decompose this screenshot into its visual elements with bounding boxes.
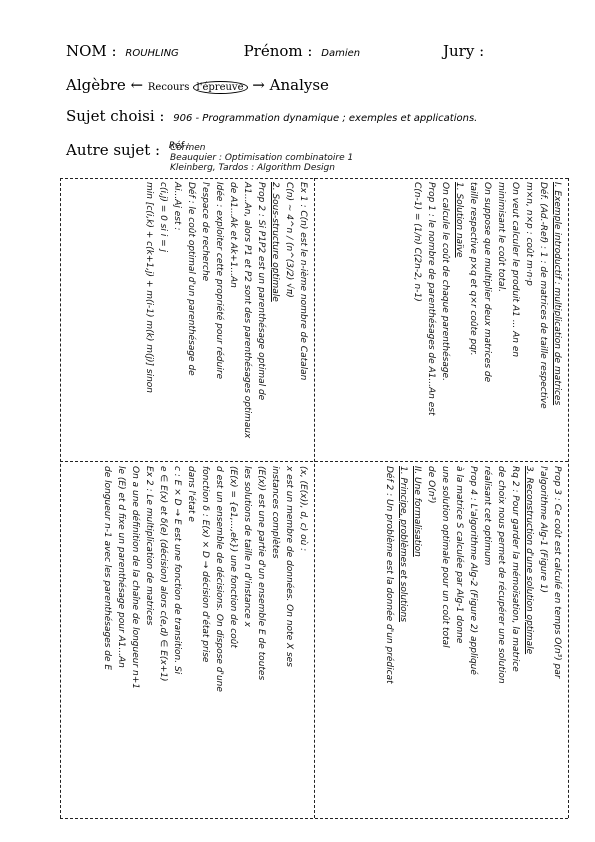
autre-label: Autre sujet : — [66, 141, 160, 159]
plan-line: l'algorithme Alg-1 (Figure 1) — [536, 466, 550, 811]
plan-line: taille respective p×q et q×r coûte pqr. — [466, 182, 480, 457]
plan-line: m×n, n×p : coût m·n·p — [522, 182, 536, 457]
plan-line: 3. Reconstruction d'une solution optimal… — [522, 466, 536, 811]
option-analyse: Analyse — [270, 76, 329, 94]
plan-line: C(n) ~ 4^n / (n^(3/2) √π) — [282, 182, 296, 457]
plan-line: Déf. (Ad.-Ref) : 1 : de matrices de tail… — [536, 182, 550, 457]
plan-line: réalisant cet optimum — [480, 466, 494, 811]
sujet-label: Sujet choisi : — [66, 107, 164, 125]
plan-line: I. Exemple introductif : multiplication … — [550, 182, 564, 457]
divider — [60, 178, 61, 818]
plan-block-top-right: I. Exemple introductif : multiplication … — [410, 182, 564, 457]
plan-line: d est un ensemble de décisions. On dispo… — [212, 466, 226, 811]
plan-block-bottom-left: (x, (E(x)), d, c) où : x est un membre d… — [100, 466, 310, 811]
plan-line: à la matrice S calculée par Alg-1 donne — [452, 466, 466, 811]
plan-line: A1...An, alors P1 et P2 sont des parenth… — [240, 182, 254, 457]
plan-line: l'espace de recherche — [198, 182, 212, 457]
handwritten-plan: I. Exemple introductif : multiplication … — [60, 178, 568, 818]
plan-line: C(n-1) = (1/n) C(2n-2, n-1) — [410, 182, 424, 457]
plan-line: (E(x)) est une partie d'un ensemble E de… — [254, 466, 268, 811]
plan-line: 2. Sous-structure optimale — [268, 182, 282, 457]
reference-line: Kleinberg, Tardos : Algorithm Design — [170, 163, 353, 173]
plan-line: x est un membre de données. On note X se… — [282, 466, 296, 811]
plan-line: de O(n³) — [424, 466, 438, 811]
plan-block-bottom-right: Prop 3 : Ce coût est calculé en temps O(… — [382, 466, 564, 811]
plan-line: e ∈ E(x) et δ(e) (décision) alors c(e,d)… — [156, 466, 170, 811]
plan-line: On a une définition de la chaîne de long… — [128, 466, 142, 811]
plan-line: On calcule le coût de chaque parenthésag… — [438, 182, 452, 457]
plan-line: 1. Solution naïve — [452, 182, 466, 457]
plan-line: Ex 2 : Le multiplication de matrices — [142, 466, 156, 811]
prenom-label: Prénom : — [244, 42, 313, 60]
name-row: NOM : ROUHLING Prénom : Damien — [66, 42, 360, 60]
arrow-left-icon: ← — [131, 76, 144, 94]
plan-line: (E(x) = {e1,...,ek}) une fonction de coû… — [226, 466, 240, 811]
plan-line: de A1...Ak et Ak+1...An — [226, 182, 240, 457]
option-recours: Recours l'épreuve — [148, 81, 248, 94]
arrow-right-icon: → — [252, 76, 265, 94]
plan-line: Ai...Aj est : — [170, 182, 184, 457]
sujet-row: Sujet choisi : 906 - Programmation dynam… — [66, 107, 477, 125]
plan-line: Déf : le coût optimal d'un parenthésage … — [184, 182, 198, 457]
divider — [568, 178, 569, 818]
plan-block-top-left: Ex 1 : C(n) est le n-ième nombre de Cata… — [142, 182, 310, 457]
plan-line: dans l'état e — [184, 466, 198, 811]
option-epreuve-circled: l'épreuve — [193, 81, 248, 94]
plan-line: c : E × D → E est une fonction de transi… — [170, 466, 184, 811]
plan-line: On veut calculer le produit A1 ... An en — [508, 182, 522, 457]
plan-line: Prop 3 : Ce coût est calculé en temps O(… — [550, 466, 564, 811]
divider — [314, 178, 315, 818]
reference-line: Beauquier : Optimisation combinatoire 1 — [170, 153, 353, 163]
plan-line: Rq 2 : Pour garder la mémoïsation, la ma… — [508, 466, 522, 811]
plan-line: Idée : exploiter cette propriété pour ré… — [212, 182, 226, 457]
jury-label: Jury : — [443, 42, 484, 60]
plan-line: (x, (E(x)), d, c) où : — [296, 466, 310, 811]
plan-line: fonction δ : E(x) × D → décision d'état … — [198, 466, 212, 811]
plan-line: min [c(i,k) + c(k+1,j) + m(i-1) m(k) m(j… — [142, 182, 156, 457]
plan-line: Prop 2 : Si P1P2 est un parenthésage opt… — [254, 182, 268, 457]
plan-line: On suppose que multiplier deux matrices … — [480, 182, 494, 457]
plan-line: les solutions de taille n d'instance x — [240, 466, 254, 811]
plan-line: une solution optimale pour un coût total — [438, 466, 452, 811]
plan-line: 1. Principe, problèmes et solutions — [396, 466, 410, 811]
plan-line: instances complètes — [268, 466, 282, 811]
autre-references: Cormen Beauquier : Optimisation combinat… — [170, 143, 353, 173]
reference-line: Cormen — [170, 143, 353, 153]
divider — [60, 818, 568, 819]
plan-line: II. Une formalisation — [410, 466, 424, 811]
plan-line: de longueur n-1 avec les parenthésages d… — [100, 466, 114, 811]
plan-line: de choix nous permet de récupérer une so… — [494, 466, 508, 811]
option-algebre: Algèbre — [66, 76, 126, 94]
plan-line: le (E) et d fixe un parenthésage pour A1… — [114, 466, 128, 811]
option-row: Algèbre ← Recours l'épreuve → Analyse — [66, 76, 329, 94]
plan-line: Prop 1 : le nombre de parenthésages de A… — [424, 182, 438, 457]
sujet-value: 906 - Programmation dynamique ; exemples… — [173, 113, 477, 124]
nom-label: NOM : — [66, 42, 117, 60]
plan-line: Ex 1 : C(n) est le n-ième nombre de Cata… — [296, 182, 310, 457]
plan-line: c(i,j) = 0 si i = j — [156, 182, 170, 457]
prenom-value: Damien — [321, 48, 360, 59]
nom-value: ROUHLING — [125, 48, 178, 59]
plan-line: Prop 4 : L'algorithme Alg-2 (Figure 2) a… — [466, 466, 480, 811]
plan-line: Déf 2 : Un problème est la donnée d'un p… — [382, 466, 396, 811]
plan-line: minimisant le coût total. — [494, 182, 508, 457]
